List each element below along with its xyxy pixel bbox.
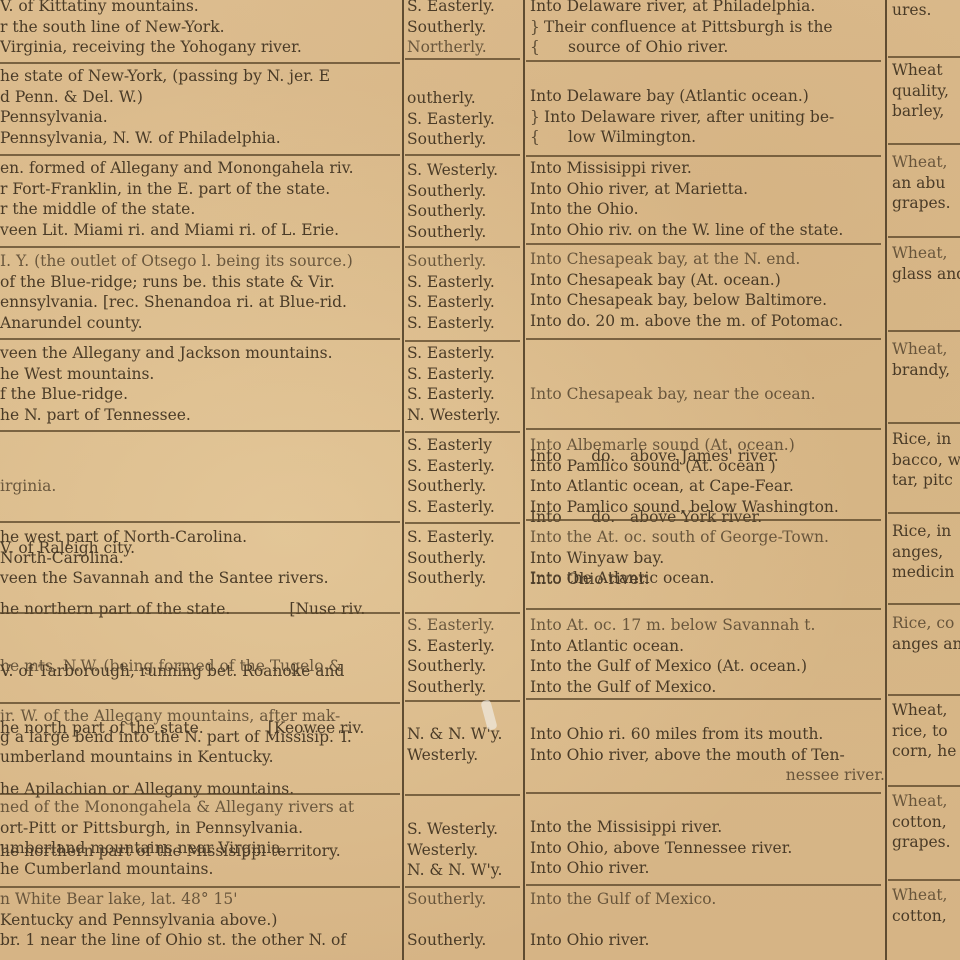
productions-text: bacco, w	[892, 450, 960, 471]
course-text: veen Lit. Miami ri. and Miami ri. of L. …	[0, 220, 400, 241]
discharge-text: Into Ohio river, above the mouth of Ten-	[530, 745, 885, 766]
row-rule	[0, 62, 400, 64]
direction-text: S. Easterly.	[407, 313, 522, 334]
direction-text: Southerly.	[407, 17, 522, 38]
productions-text: glass and	[892, 264, 960, 285]
row-rule	[0, 612, 400, 614]
discharge-text: Into Delaware river, at Philadelphia.	[530, 0, 885, 17]
direction-text: S. Easterly.	[407, 272, 522, 293]
row-rule	[405, 612, 520, 614]
direction-text: Northerly.	[407, 37, 522, 58]
course-text: ir. W. of the Allegany mountains, after …	[0, 706, 400, 727]
row-rule	[405, 886, 520, 888]
course-text: r Fort-Franklin, in the E. part of the s…	[0, 179, 400, 200]
course-text: br. 1 near the line of Ohio st. the othe…	[0, 930, 400, 951]
direction-text: Southerly.	[407, 930, 522, 951]
productions-text: medicin	[892, 562, 960, 583]
direction-text: N. & N. W'y.	[407, 724, 522, 745]
productions-text: Wheat,	[892, 791, 960, 812]
course-text: North-Carolina.	[0, 548, 400, 569]
row-rule	[405, 522, 520, 524]
direction-text: N. & N. W'y.	[407, 860, 522, 881]
row-rule	[0, 886, 400, 888]
course-text: he mts. N.W. (being formed of the Tugelo…	[0, 656, 400, 677]
discharge-text: Into the Atlantic ocean.	[530, 568, 885, 589]
row-rule	[888, 56, 960, 58]
discharge-text: Into the Ohio.	[530, 199, 885, 220]
course-text: Pennsylvania, N. W. of Philadelphia.	[0, 128, 400, 149]
course-text: en. formed of Allegany and Monongahela r…	[0, 158, 400, 179]
direction-text: Southerly.	[407, 656, 522, 677]
productions-text: cotton,	[892, 906, 960, 927]
productions-text: Wheat	[892, 60, 960, 81]
discharge-text: Into do. 20 m. above the m. of Potomac.	[530, 311, 885, 332]
brace-icon: }	[530, 107, 544, 128]
direction-text: S. Easterly.	[407, 364, 522, 385]
row-rule	[526, 338, 881, 340]
row-rule	[526, 698, 881, 700]
course-text: he state of New-York, (passing by N. jer…	[0, 66, 400, 87]
rivers-table: V. of Kittatiny mountains. r the south l…	[0, 0, 960, 960]
discharge-text: Into Chesapeak bay, below Baltimore.	[530, 290, 885, 311]
discharge-text: Into Chesapeak bay, at the N. end.	[530, 249, 885, 270]
course-text: Anarundel county.	[0, 313, 400, 334]
brace-icon: }	[530, 17, 544, 38]
discharge-text: Into Ohio riv. on the W. line of the sta…	[530, 220, 885, 241]
course-text: g a large bend into the N. part of Missi…	[0, 727, 400, 748]
row-rule	[405, 246, 520, 248]
direction-text: S. Easterly	[407, 435, 522, 456]
row-rule	[888, 236, 960, 238]
direction-text: S. Easterly.	[407, 343, 522, 364]
row-rule	[405, 154, 520, 156]
productions-text: corn, he	[892, 741, 960, 762]
course-text: I. Y. (the outlet of Otsego l. being its…	[0, 251, 400, 272]
direction-text: Southerly.	[407, 222, 522, 243]
row-rule	[888, 422, 960, 424]
course-text: Kentucky and Pennsylvania above.)	[0, 910, 400, 931]
row-rule	[526, 60, 881, 62]
direction-text: Southerly.	[407, 251, 522, 272]
course-text: umberland mountains in Kentucky.	[0, 747, 400, 768]
row-rule	[405, 431, 520, 433]
course-text: d Penn. & Del. W.)	[0, 87, 400, 108]
course-text: he West mountains.	[0, 364, 400, 385]
direction-text: S. Easterly.	[407, 497, 522, 518]
productions-text: Wheat,	[892, 885, 960, 906]
direction-text: S. Easterly.	[407, 527, 522, 548]
direction-text: Westerly.	[407, 840, 522, 861]
direction-text: Southerly.	[407, 548, 522, 569]
discharge-text: Into Albemarle sound (At. ocean.)	[530, 435, 885, 456]
discharge-text: low Wilmington.	[544, 128, 696, 146]
row-rule	[0, 246, 400, 248]
row-rule	[526, 884, 881, 886]
column-rule	[402, 0, 404, 960]
row-rule	[0, 521, 400, 523]
discharge-text: Into the Gulf of Mexico.	[530, 889, 885, 910]
row-rule	[405, 794, 520, 796]
direction-text: Southerly.	[407, 677, 522, 698]
course-text: Virginia, receiving the Yohogany river.	[0, 37, 400, 58]
direction-text: S. Easterly.	[407, 384, 522, 405]
direction-text: S. Easterly.	[407, 636, 522, 657]
row-rule	[0, 430, 400, 432]
discharge-text: Into Winyaw bay.	[530, 548, 885, 569]
course-text: n White Bear lake, lat. 48° 15'	[0, 889, 400, 910]
discharge-text: Their confluence at Pittsburgh is the	[544, 18, 833, 36]
productions-text: an abu	[892, 173, 960, 194]
direction-text: S. Easterly.	[407, 292, 522, 313]
course-text: ennsylvania. [rec. Shenandoa ri. at Blue…	[0, 292, 400, 313]
productions-text: rice, to	[892, 721, 960, 742]
productions-text: brandy,	[892, 360, 960, 381]
row-rule	[888, 785, 960, 787]
discharge-text: source of Ohio river.	[544, 38, 728, 56]
direction-text: Southerly.	[407, 476, 522, 497]
course-text: irginia.	[0, 476, 400, 497]
productions-text: grapes.	[892, 832, 960, 853]
direction-text: N. Westerly.	[407, 405, 522, 426]
discharge-text: Into At. oc. 17 m. below Savannah t.	[530, 615, 885, 636]
direction-text: Westerly.	[407, 745, 522, 766]
productions-text: Rice, in	[892, 521, 960, 542]
course-text: he N. part of Tennessee.	[0, 405, 400, 426]
productions-text: anges an	[892, 634, 960, 655]
course-text: he Cumberland mountains.	[0, 859, 400, 880]
discharge-text: Into the Gulf of Mexico.	[530, 677, 885, 698]
discharge-text: Into Missisippi river.	[530, 158, 885, 179]
row-rule	[888, 143, 960, 145]
discharge-text: nessee river.	[530, 765, 885, 786]
row-rule	[888, 512, 960, 514]
row-rule	[526, 243, 881, 245]
row-rule	[526, 155, 881, 157]
discharge-text: Into Delaware bay (Atlantic ocean.)	[530, 86, 885, 107]
column-rule	[885, 0, 887, 960]
discharge-text: Into Pamlico sound, below Washington.	[530, 497, 885, 518]
row-rule	[888, 603, 960, 605]
productions-text: Wheat,	[892, 339, 960, 360]
course-text: veen the Savannah and the Santee rivers.	[0, 568, 400, 589]
productions-text: Wheat,	[892, 700, 960, 721]
row-rule	[405, 58, 520, 60]
discharge-text: Into Ohio ri. 60 miles from its mouth.	[530, 724, 885, 745]
course-text: r the south line of New-York.	[0, 17, 400, 38]
course-text: r the middle of the state.	[0, 199, 400, 220]
productions-text: cotton,	[892, 812, 960, 833]
productions-text: tar, pitc	[892, 470, 960, 491]
row-rule	[405, 340, 520, 342]
row-rule	[0, 702, 400, 704]
course-text: umberland mountains near Virginia.	[0, 838, 400, 859]
row-rule	[888, 694, 960, 696]
course-text: ned of the Monongahela & Allegany rivers…	[0, 797, 400, 818]
productions-text: quality,	[892, 81, 960, 102]
direction-text: S. Easterly.	[407, 109, 522, 130]
direction-text: Southerly.	[407, 889, 522, 910]
discharge-text: Into Atlantic ocean, at Cape-Fear.	[530, 476, 885, 497]
productions-text: Rice, in	[892, 429, 960, 450]
discharge-text: Into Chesapeak bay (At. ocean.)	[530, 270, 885, 291]
productions-text: ures.	[892, 0, 960, 21]
row-rule	[526, 428, 881, 430]
row-rule	[888, 330, 960, 332]
direction-text: outherly.	[407, 88, 522, 109]
productions-text: barley,	[892, 101, 960, 122]
row-rule	[0, 793, 400, 795]
row-rule	[526, 792, 881, 794]
course-text: f the Blue-ridge.	[0, 384, 400, 405]
discharge-text: Into the At. oc. south of George-Town.	[530, 527, 885, 548]
discharge-text	[530, 910, 885, 931]
discharge-text: Into Ohio river.	[530, 930, 885, 951]
direction-text	[407, 910, 522, 931]
column-rule	[523, 0, 525, 960]
direction-text: S. Westerly.	[407, 160, 522, 181]
brace-icon: {	[530, 127, 544, 148]
productions-text: Wheat,	[892, 152, 960, 173]
course-text: of the Blue-ridge; runs be. this state &…	[0, 272, 400, 293]
direction-text: S. Easterly.	[407, 615, 522, 636]
row-rule	[0, 154, 400, 156]
productions-text: Wheat,	[892, 243, 960, 264]
direction-text: Southerly.	[407, 568, 522, 589]
discharge-text: Into Atlantic ocean.	[530, 636, 885, 657]
row-rule	[888, 879, 960, 881]
discharge-text: Into the Missisippi river.	[530, 817, 885, 838]
row-rule	[526, 519, 881, 521]
discharge-text: Into the Gulf of Mexico (At. ocean.)	[530, 656, 885, 677]
direction-text: Southerly.	[407, 181, 522, 202]
course-text: veen the Allegany and Jackson mountains.	[0, 343, 400, 364]
course-text: ort-Pitt or Pittsburgh, in Pennsylvania.	[0, 818, 400, 839]
course-text: Pennsylvania.	[0, 107, 400, 128]
discharge-text: Into Delaware river, after uniting be-	[544, 108, 834, 126]
row-rule	[405, 700, 520, 702]
discharge-text: Into Ohio, above Tennessee river.	[530, 838, 885, 859]
discharge-text: Into Chesapeak bay, near the ocean.	[530, 384, 885, 405]
direction-text: Southerly.	[407, 201, 522, 222]
productions-text: anges,	[892, 542, 960, 563]
row-rule	[526, 608, 881, 610]
discharge-text: Into Ohio river, at Marietta.	[530, 179, 885, 200]
course-text: he west part of North-Carolina.	[0, 527, 400, 548]
direction-text: S. Westerly.	[407, 819, 522, 840]
direction-text: S. Easterly.	[407, 456, 522, 477]
row-rule	[0, 338, 400, 340]
brace-icon: {	[530, 37, 544, 58]
productions-text: grapes.	[892, 193, 960, 214]
discharge-text: Into Pamlico sound (At. ocean )	[530, 456, 885, 477]
discharge-text: Into Ohio river.	[530, 858, 885, 879]
course-text: V. of Kittatiny mountains.	[0, 0, 400, 17]
productions-text: Rice, co	[892, 613, 960, 634]
direction-text: Southerly.	[407, 129, 522, 150]
direction-text: S. Easterly.	[407, 0, 522, 17]
